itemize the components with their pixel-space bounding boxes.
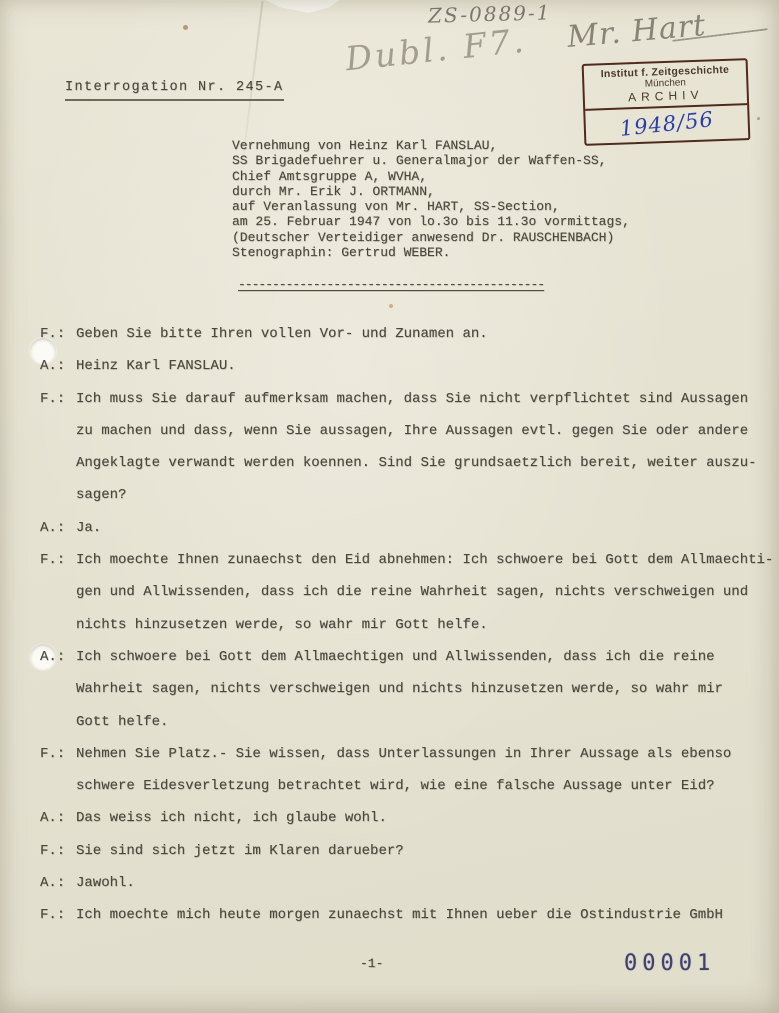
qa-speaker-label: A.: [40, 520, 76, 536]
qa-line: F.: Ich muss Sie darauf aufmerksam mache… [40, 391, 760, 423]
qa-line: A.: Ja. [40, 520, 760, 552]
qa-line: F.: Geben Sie bitte Ihren vollen Vor- un… [40, 326, 760, 358]
header-line: Stenographin: Gertrud WEBER. [232, 245, 630, 260]
paper-stain [757, 117, 760, 120]
qa-line-text: nichts hinzusetzen werde, so wahr mir Go… [76, 617, 488, 633]
qa-speaker-label: A.: [40, 649, 76, 665]
qa-speaker-label: F.: [40, 391, 76, 407]
qa-line-text: Ja. [76, 520, 101, 536]
header-line: durch Mr. Erik J. ORTMANN, [232, 184, 630, 199]
qa-line: A.: Das weiss ich nicht, ich glaube wohl… [40, 810, 760, 842]
qa-line-text: Geben Sie bitte Ihren vollen Vor- und Zu… [76, 326, 488, 342]
qa-speaker-label: F.: [40, 552, 76, 568]
document-title: Interrogation Nr. 245-A [65, 80, 284, 101]
paper-stain [389, 304, 393, 308]
header-line: Vernehmung von Heinz Karl FANSLAU, [232, 138, 630, 153]
qa-speaker-label: A.: [40, 875, 76, 891]
qa-line: A.: Ich schwoere bei Gott dem Allmaechti… [40, 649, 760, 681]
header-line: auf Veranlassung von Mr. HART, SS-Sectio… [232, 199, 630, 214]
header-line: SS Brigadefuehrer u. Generalmajor der Wa… [232, 153, 630, 168]
header-line: am 25. Februar 1947 von lo.3o bis 11.3o … [232, 214, 630, 229]
qa-line-text: Ich moechte Ihnen zunaechst den Eid abne… [76, 552, 773, 568]
qa-line: nichts hinzusetzen werde, so wahr mir Go… [40, 617, 760, 649]
qa-speaker-label: F.: [40, 843, 76, 859]
paper-stain [183, 25, 188, 30]
qa-line: Wahrheit sagen, nichts verschweigen und … [40, 681, 760, 713]
qa-line: F.: Ich moechte mich heute morgen zunaec… [40, 907, 760, 939]
qa-line: gen und Allwissenden, dass ich die reine… [40, 584, 760, 616]
header-line: Chief Amtsgruppe A, WVHA, [232, 169, 630, 184]
qa-line-text: Das weiss ich nicht, ich glaube wohl. [76, 810, 387, 826]
qa-speaker-label: A.: [40, 810, 76, 826]
qa-line-text: Gott helfe. [76, 714, 168, 730]
qa-speaker-label: F.: [40, 907, 76, 923]
qa-line-text: sagen? [76, 487, 126, 503]
qa-line: schwere Eidesverletzung betrachtet wird,… [40, 778, 760, 810]
qa-body: F.: Geben Sie bitte Ihren vollen Vor- un… [40, 326, 760, 940]
qa-line: Gott helfe. [40, 714, 760, 746]
qa-line: F.: Ich moechte Ihnen zunaechst den Eid … [40, 552, 760, 584]
qa-line-text: Sie sind sich jetzt im Klaren darueber? [76, 843, 404, 859]
qa-line: F.: Nehmen Sie Platz.- Sie wissen, dass … [40, 746, 760, 778]
qa-line-text: Jawohl. [76, 875, 135, 891]
separator-line: ----------------------------------------… [238, 277, 544, 292]
qa-line-text: schwere Eidesverletzung betrachtet wird,… [76, 778, 715, 794]
qa-line: sagen? [40, 487, 760, 519]
qa-line-text: Angeklagte verwandt werden koennen. Sind… [76, 455, 757, 471]
qa-speaker-label: F.: [40, 746, 76, 762]
pencil-duplicate-note: Dubl. F7. [343, 21, 528, 79]
qa-line-text: Heinz Karl FANSLAU. [76, 358, 236, 374]
header-line: (Deutscher Verteidiger anwesend Dr. RAUS… [232, 230, 630, 245]
qa-speaker-label: A.: [40, 358, 76, 374]
pencil-name-note: Mr. Hart [566, 8, 708, 55]
archive-stamp: Institut f. Zeitgeschichte München ARCHI… [582, 58, 751, 146]
qa-line-text: zu machen und dass, wenn Sie aussagen, I… [76, 423, 748, 439]
qa-speaker-label: F.: [40, 326, 76, 342]
qa-line-text: Ich muss Sie darauf aufmerksam machen, d… [76, 391, 748, 407]
qa-line-text: Ich schwoere bei Gott dem Allmaechtigen … [76, 649, 715, 665]
qa-line-text: gen und Allwissenden, dass ich die reine… [76, 584, 748, 600]
document-header-block: Vernehmung von Heinz Karl FANSLAU,SS Bri… [232, 138, 630, 260]
document-page: ZS-0889-1 Dubl. F7. Mr. Hart Institut f.… [0, 0, 779, 1013]
qa-line: A.: Heinz Karl FANSLAU. [40, 358, 760, 390]
qa-line: A.: Jawohl. [40, 875, 760, 907]
qa-line-text: Nehmen Sie Platz.- Sie wissen, dass Unte… [76, 746, 731, 762]
qa-line: zu machen und dass, wenn Sie aussagen, I… [40, 423, 760, 455]
qa-line: Angeklagte verwandt werden koennen. Sind… [40, 455, 760, 487]
qa-line: F.: Sie sind sich jetzt im Klaren darueb… [40, 843, 760, 875]
serial-number-stamp: 00001 [624, 951, 715, 976]
page-number: -1- [360, 956, 383, 971]
paper-tear [266, 0, 340, 13]
qa-line-text: Wahrheit sagen, nichts verschweigen und … [76, 681, 723, 697]
qa-line-text: Ich moechte mich heute morgen zunaechst … [76, 907, 723, 923]
